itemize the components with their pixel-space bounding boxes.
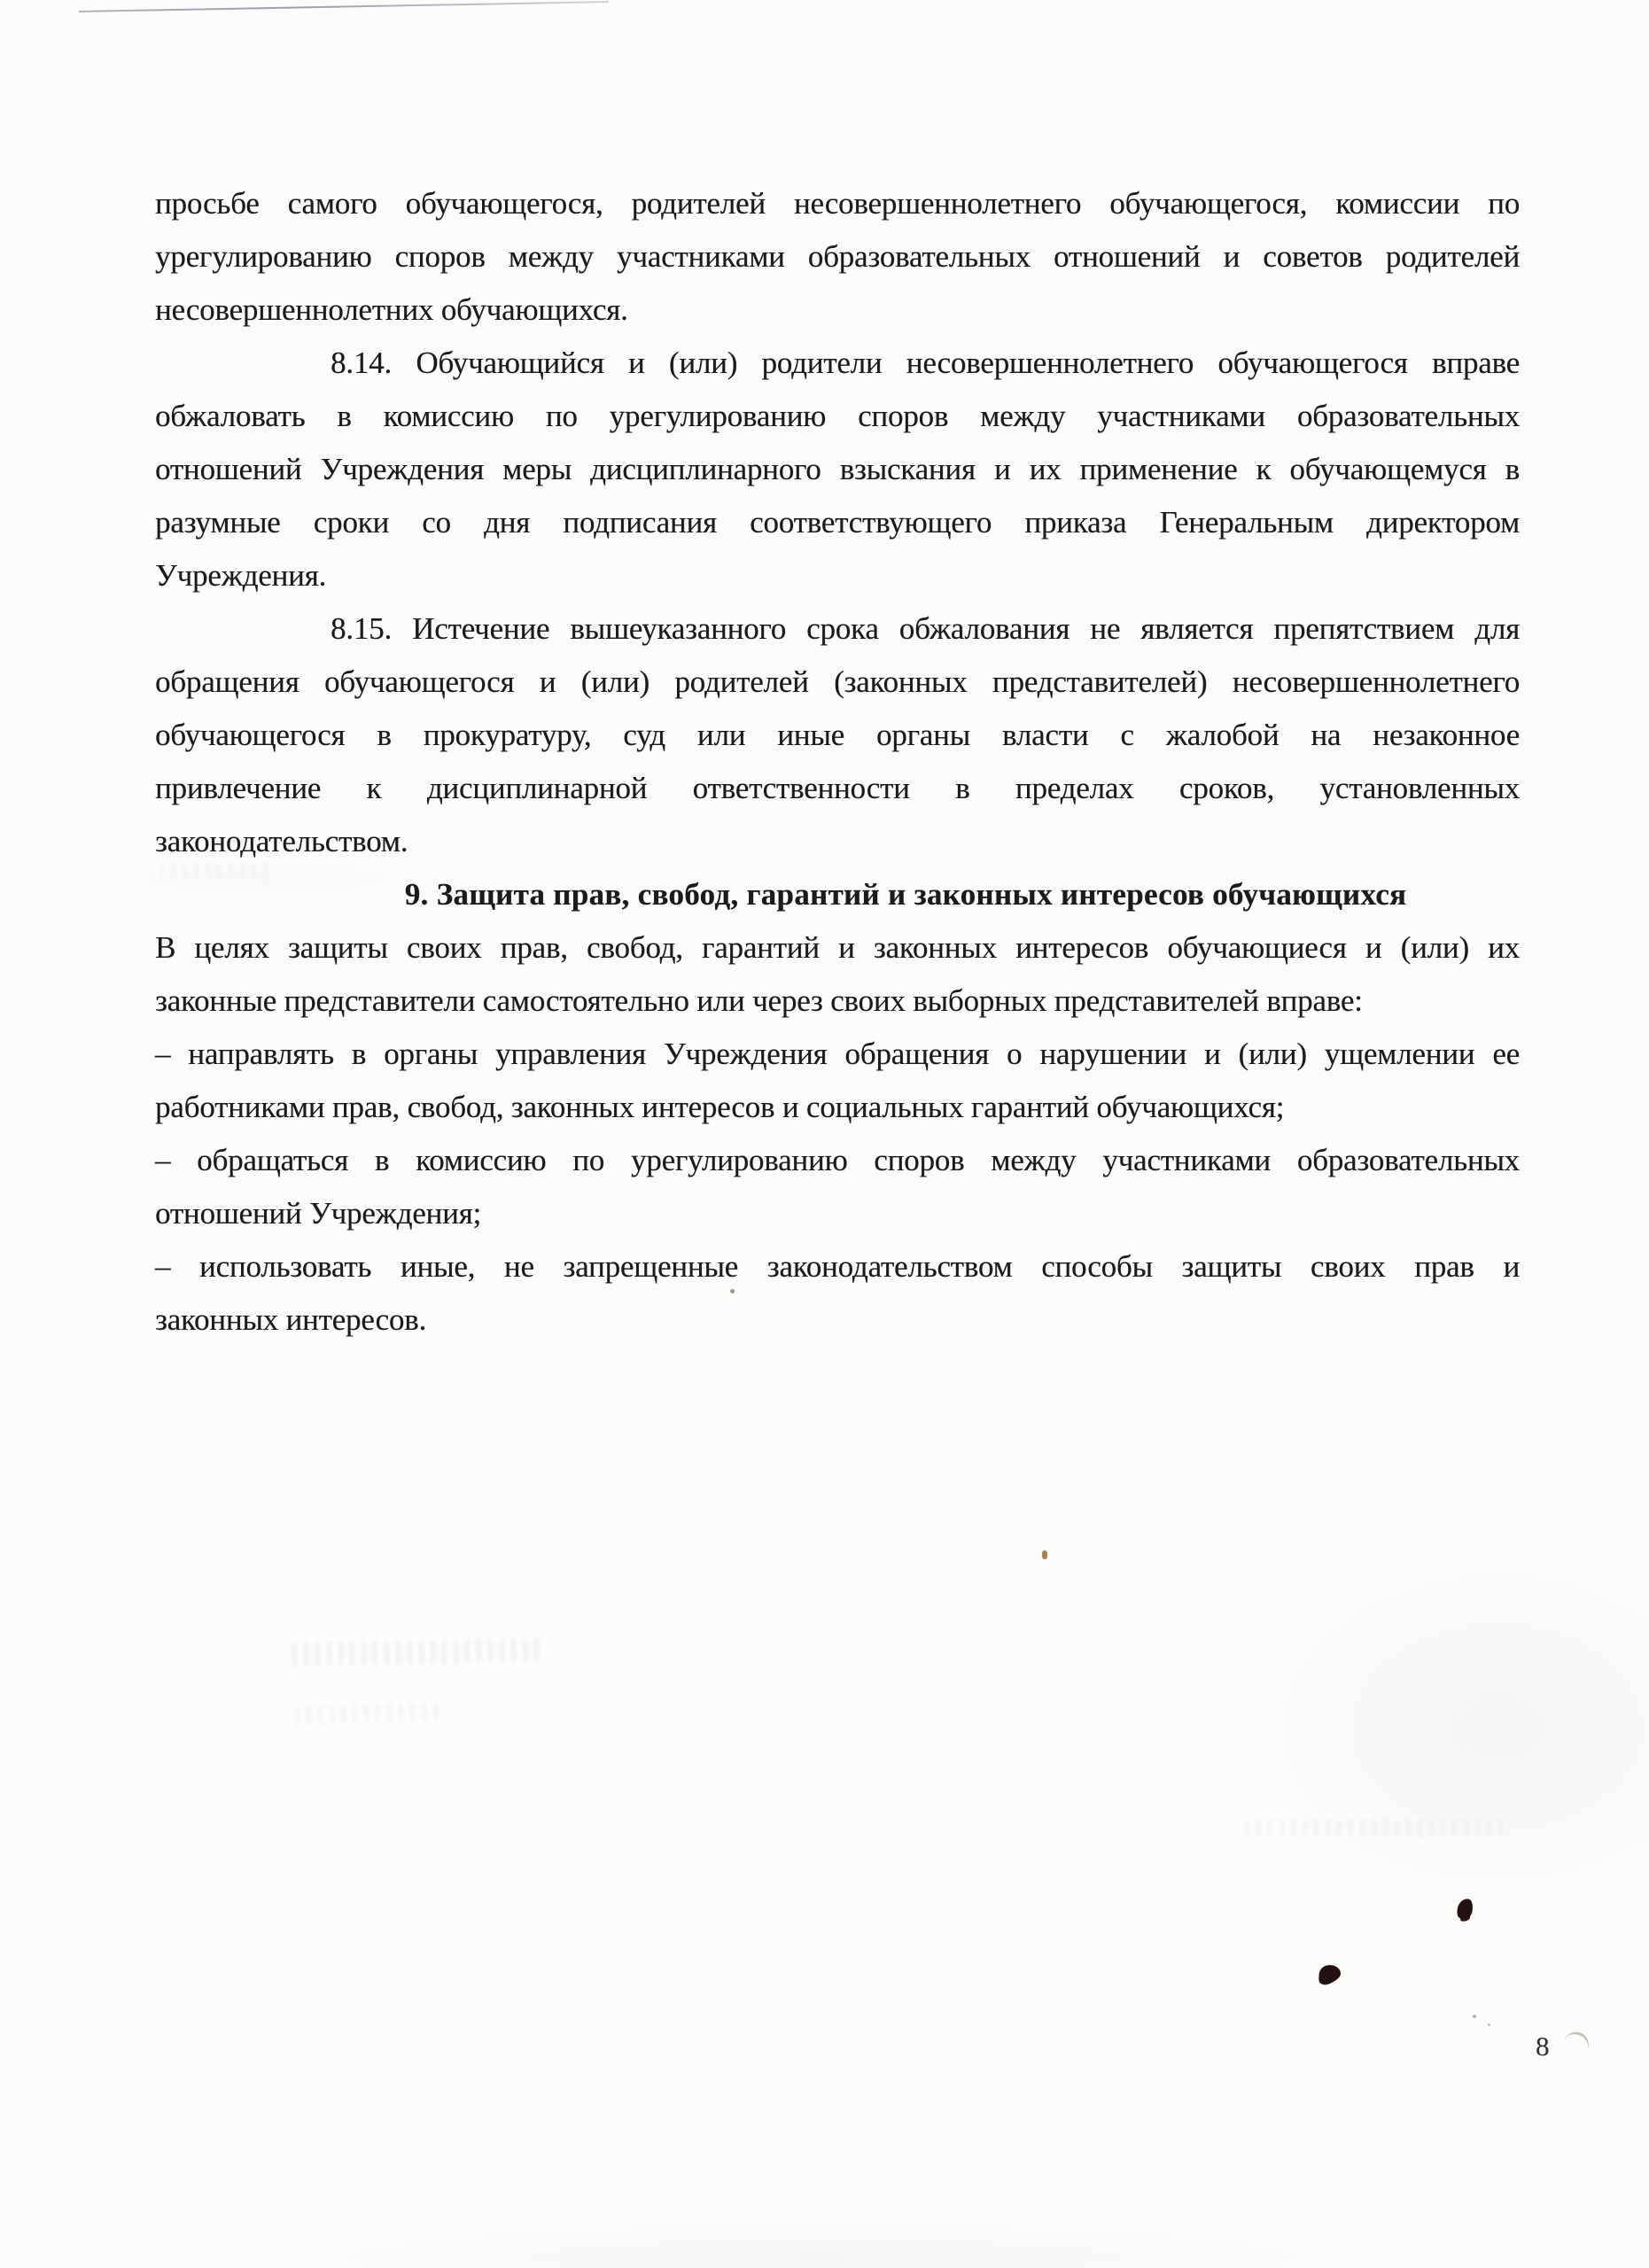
text-line: законных интересов. <box>155 1293 1520 1347</box>
text-line: отношений Учреждения меры дисциплинарног… <box>155 443 1520 496</box>
text-line: несовершеннолетних обучающихся. <box>155 283 1520 337</box>
text-line: – использовать иные, не запрещенные зако… <box>155 1240 1520 1293</box>
text-line: отношений Учреждения; <box>155 1187 1520 1240</box>
text-line: – направлять в органы управления Учрежде… <box>155 1028 1520 1081</box>
page-number: 8 <box>1536 2031 1550 2062</box>
text-line: законодательством. <box>155 815 1520 868</box>
ink-bleed-ghost-text <box>295 1702 447 1725</box>
pencil-curl-mark <box>1563 2028 1593 2053</box>
text-line: просьбе самого обучающегося, родителей н… <box>155 177 1520 230</box>
text-line: работниками прав, свобод, законных интер… <box>155 1081 1520 1134</box>
text-line: обучающегося в прокуратуру, суд или иные… <box>155 709 1520 762</box>
text-line: обращения обучающегося и (или) родителей… <box>155 656 1520 709</box>
text-line: Учреждения. <box>155 549 1520 602</box>
text-line: 8.14. Обучающийся и (или) родители несов… <box>155 337 1520 390</box>
ink-blot <box>1456 1897 1474 1920</box>
text-line: В целях защиты своих прав, свобод, гаран… <box>155 921 1520 975</box>
text-line: 8.15. Истечение вышеуказанного срока обж… <box>155 602 1520 656</box>
text-line: обжаловать в комиссию по урегулированию … <box>155 390 1520 443</box>
ink-blot <box>1317 1962 1342 1984</box>
scanned-document-page: просьбе самого обучающегося, родителей н… <box>0 0 1649 2268</box>
scanner-edge-line <box>79 1 609 12</box>
section-heading: 9. Защита прав, свобод, гарантий и закон… <box>223 868 1588 921</box>
text-line: – обращаться в комиссию по урегулировани… <box>155 1134 1520 1187</box>
paper-speck <box>1473 2015 1476 2018</box>
ink-bleed-ghost-text <box>1245 1820 1511 1836</box>
paper-speck <box>1488 2023 1490 2026</box>
text-line: законные представители самостоятельно ил… <box>155 975 1520 1028</box>
document-text: просьбе самого обучающегося, родителей н… <box>155 177 1520 1347</box>
text-line: привлечение к дисциплинарной ответственн… <box>155 762 1520 815</box>
paper-speck <box>730 1289 735 1293</box>
paper-speck <box>1042 1550 1047 1559</box>
ink-bleed-ghost-text <box>292 1639 545 1666</box>
text-line: урегулированию споров между участниками … <box>155 230 1520 283</box>
text-line: разумные сроки со дня подписания соответ… <box>155 496 1520 549</box>
